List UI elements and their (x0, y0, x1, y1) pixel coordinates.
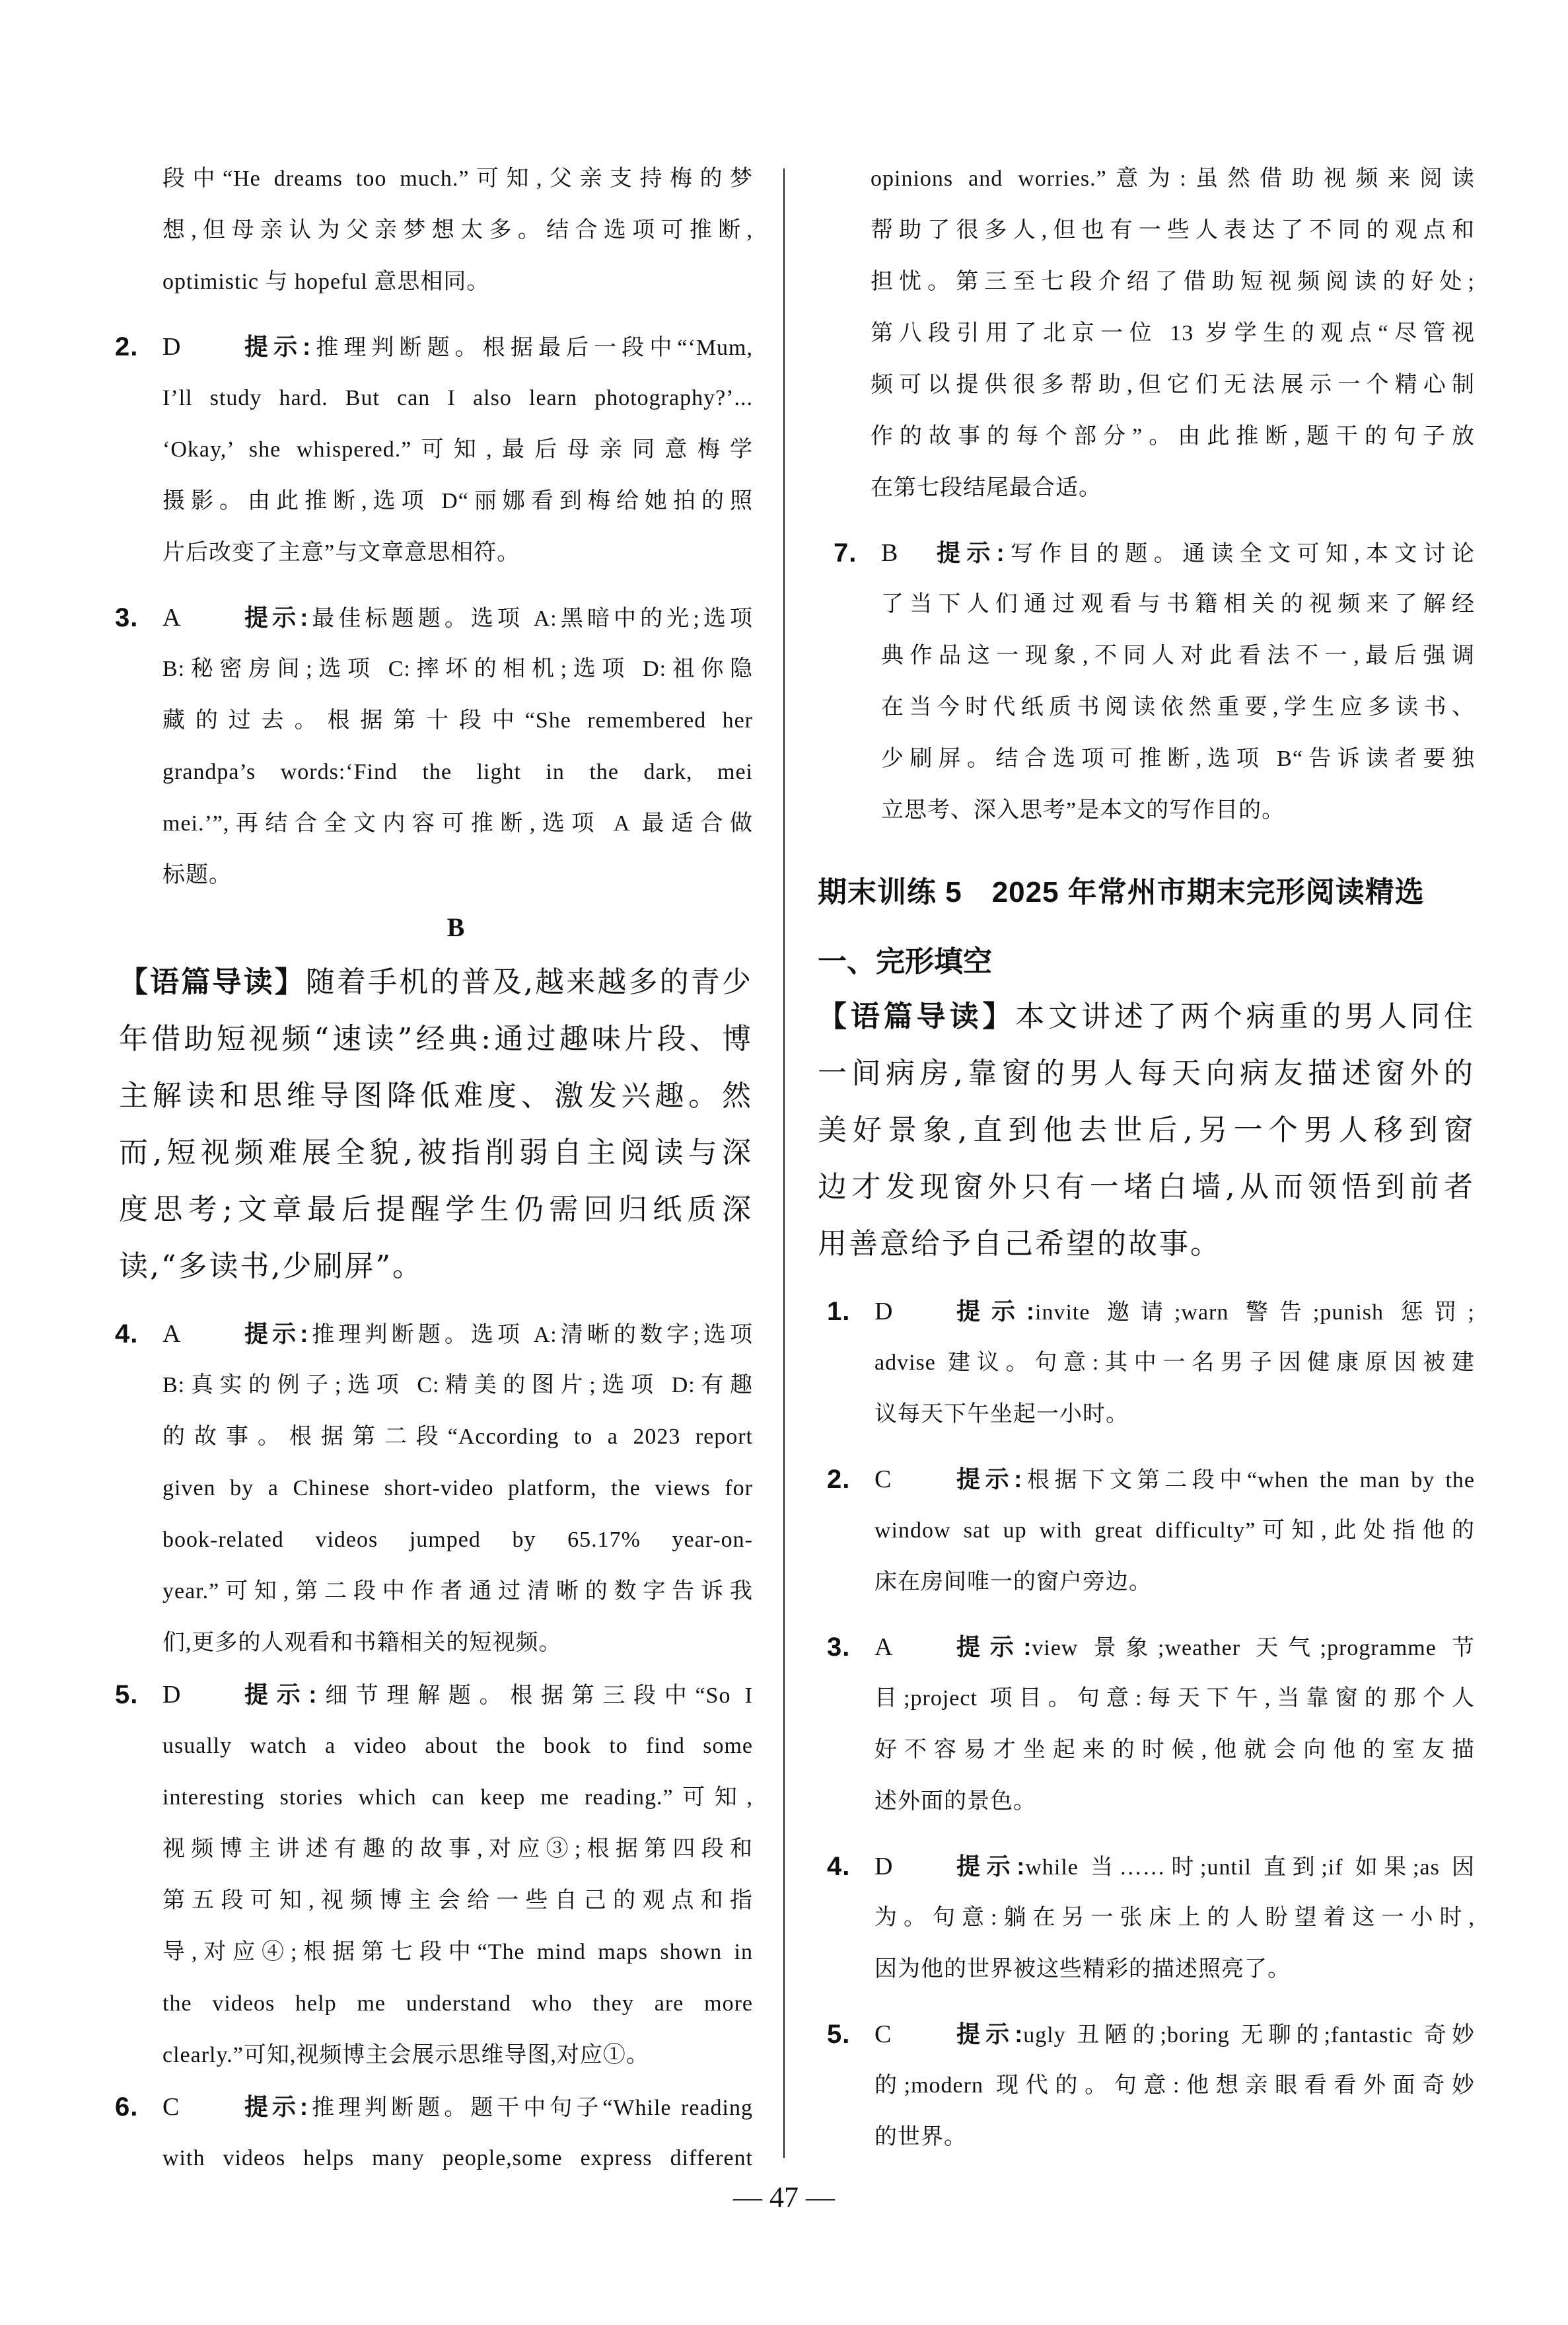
answer-item-head: 2. C 提示:根据下文第二段中“when the man by the (831, 1454, 1475, 1505)
text-line: B:秘密房间;选项 C:摔坏的相机;选项 D:祖你隐 (162, 644, 753, 695)
subsection-heading: 一、完形填空 (818, 936, 1475, 988)
guide-text: 随着手机的普及,越来越多的青少 (306, 965, 753, 999)
chapter-title: 期末训练 5 2025 年常州市期末完形阅读精选 (818, 863, 1475, 922)
answer-letter: C (162, 2081, 180, 2133)
text-line: optimistic 与 hopeful 意思相同。 (162, 256, 753, 308)
answer-item-2: 2. D 提示:推理判断题。根据最后一段中“‘Mum, I’ll study h… (119, 321, 753, 579)
question-number: 3. (115, 592, 138, 644)
guide-line: 读,“多读书,少刷屏”。 (119, 1238, 753, 1295)
answer-item-6: 6. C 提示:推理判断题。题干中句子“While reading with v… (119, 2081, 753, 2184)
text-line: opinions and worries.”意为:虽然借助视频来阅读 (871, 153, 1475, 205)
text-line: given by a Chinese short-video platform,… (162, 1463, 753, 1514)
text-line: the videos help me understand who they a… (162, 1978, 753, 2030)
text-line: 导,对应④;根据第七段中“The mind maps shown in (162, 1927, 753, 1978)
hint-label: 提示: (244, 604, 308, 631)
answer-item-4: 4. A 提示:推理判断题。选项 A:清晰的数字;选项 B:真实的例子;选项 C… (119, 1308, 753, 1669)
text-line: 立思考、深入思考”是本文的写作目的。 (881, 785, 1475, 836)
text-line: 了当下人们通过观看与书籍相关的视频来了解经 (881, 579, 1475, 630)
guide-label: 【语篇导读】 (818, 1000, 1015, 1033)
answer-item-head: 7. B 提示:写作目的题。通读全文可知,本文讨论 (837, 527, 1475, 579)
passage-guide: 【语篇导读】本文讲述了两个病重的男人同住 一间病房,靠窗的男人每天向病友描述窗外… (818, 988, 1475, 1273)
hint-text: invite 邀请;warn 警告;punish 惩罚; (1035, 1300, 1475, 1325)
text-line: ‘Okay,’ she whispered.”可知,最后母亲同意梅学 (162, 424, 753, 476)
passage-guide-b: 【语篇导读】随着手机的普及,越来越多的青少 年借助短视频“速读”经典:通过趣味片… (119, 954, 753, 1295)
hint-text: 推理判断题。根据最后一段中“‘Mum, (311, 336, 753, 360)
left-column: 段中“He dreams too much.”可知,父亲支持梅的梦 想,但母亲认… (119, 153, 753, 2184)
answer-letter: D (162, 321, 181, 373)
hint-label: 提示: (956, 1633, 1032, 1660)
hint-text: while 当……时;until 直到;if 如果;as 因 (1025, 1855, 1475, 1880)
hint-label: 提示: (244, 2093, 308, 2120)
text-line: 标题。 (162, 850, 753, 901)
text-line: 帮助了很多人,但也有一些人表达了不同的观点和 (871, 205, 1475, 256)
text-line: 作的故事的每个部分”。由此推断,题干的句子放 (871, 411, 1475, 462)
hint-text: ugly 丑陋的;boring 无聊的;fantastic 奇妙 (1023, 2023, 1475, 2048)
text-line: 视频博主讲述有趣的故事,对应③;根据第四段和 (162, 1824, 753, 1875)
text-line: 因为他的世界被这些精彩的描述照亮了。 (874, 1944, 1475, 1995)
hint-label: 提示: (244, 1681, 317, 1708)
cloze-item-1: 1. D 提示:invite 邀请;warn 警告;punish 惩罚; adv… (831, 1286, 1475, 1440)
text-line: B:真实的例子;选项 C:精美的图片;选项 D:有趣 (162, 1360, 753, 1411)
text-line: 议每天下午坐起一小时。 (874, 1389, 1475, 1440)
answer-letter: A (162, 1308, 181, 1360)
answer-letter: C (874, 2009, 892, 2060)
answer-letter: D (162, 1669, 181, 1720)
answer-letter: B (881, 527, 898, 579)
text-line: 段中“He dreams too much.”可知,父亲支持梅的梦 (162, 153, 753, 205)
hint-label: 提示: (956, 1298, 1035, 1325)
guide-line: 用善意给予自己希望的故事。 (818, 1216, 1475, 1273)
question-number: 1. (827, 1286, 850, 1337)
question-number: 6. (115, 2081, 138, 2133)
hint-label: 提示: (956, 1465, 1022, 1493)
hint-text: 细节理解题。根据第三段中“So I (317, 1683, 753, 1708)
text-line: usually watch a video about the book to … (162, 1720, 753, 1772)
text-line: 典作品这一现象,不同人对此看法不一,最后强调 (881, 630, 1475, 682)
answer-letter: D (874, 1286, 893, 1337)
answer-letter: A (874, 1621, 893, 1673)
text-line: 为。句意:躺在另一张床上的人盼望着这一小时, (874, 1892, 1475, 1944)
text-line: 担忧。第三至七段介绍了借助短视频阅读的好处; (871, 256, 1475, 308)
text-line: 摄影。由此推断,选项 D“丽娜看到梅给她拍的照 (162, 476, 753, 527)
right-column: opinions and worries.”意为:虽然借助视频来阅读 帮助了很多… (831, 153, 1475, 2163)
answer-item-head: 4. D 提示:while 当……时;until 直到;if 如果;as 因 (831, 1841, 1475, 1892)
answer-item-head: 5. D 提示:细节理解题。根据第三段中“So I (119, 1669, 753, 1720)
question-number: 5. (115, 1669, 138, 1720)
answer-item-3: 3. A 提示:最佳标题题。选项 A:黑暗中的光;选项 B:秘密房间;选项 C:… (119, 592, 753, 901)
answer-letter: D (874, 1841, 893, 1892)
guide-line: 主解读和思维导图降低难度、激发兴趣。然 (119, 1068, 753, 1125)
answer-item-head: 3. A 提示:最佳标题题。选项 A:黑暗中的光;选项 (119, 592, 753, 644)
guide-text: 本文讲述了两个病重的男人同住 (1015, 1000, 1475, 1033)
text-line: with videos helps many people,some expre… (162, 2133, 753, 2184)
text-line: 的;modern 现代的。句意:他想亲眼看看外面奇妙 (874, 2060, 1475, 2112)
text-line: 们,更多的人观看和书籍相关的短视频。 (162, 1617, 753, 1669)
answer-item-5: 5. D 提示:细节理解题。根据第三段中“So I usually watch … (119, 1669, 753, 2081)
text-line: 目;project 项目。句意:每天下午,当靠窗的那个人 (874, 1673, 1475, 1724)
answer-item-head: 4. A 提示:推理判断题。选项 A:清晰的数字;选项 (119, 1308, 753, 1360)
question-number: 7. (834, 527, 857, 579)
text-line: 频可以提供很多帮助,但它们无法展示一个精心制 (871, 359, 1475, 411)
text-line: 好不容易才坐起来的时候,他就会向他的室友描 (874, 1724, 1475, 1776)
hint-label: 提示: (244, 1320, 308, 1347)
text-line: 述外面的景色。 (874, 1776, 1475, 1827)
text-line: grandpa’s words:‘Find the light in the d… (162, 747, 753, 798)
answer-item-head: 1. D 提示:invite 邀请;warn 警告;punish 惩罚; (831, 1286, 1475, 1337)
text-line: 第五段可知,视频博主会给一些自己的观点和指 (162, 1875, 753, 1927)
text-line: 床在房间唯一的窗户旁边。 (874, 1557, 1475, 1608)
guide-line: 而,短视频难展全貌,被指削弱自主阅读与深 (119, 1125, 753, 1181)
question-number: 4. (115, 1308, 138, 1360)
hint-text: 最佳标题题。选项 A:黑暗中的光;选项 (308, 607, 753, 631)
cloze-item-4: 4. D 提示:while 当……时;until 直到;if 如果;as 因 为… (831, 1841, 1475, 1995)
answer-item-head: 3. A 提示:view 景象;weather 天气;programme 节 (831, 1621, 1475, 1673)
hint-label: 提示: (244, 333, 311, 360)
question-number: 3. (827, 1621, 850, 1673)
text-line: clearly.”可知,视频博主会展示思维导图,对应①。 (162, 2030, 753, 2081)
guide-line: 美好景象,直到他去世后,另一个男人移到窗 (818, 1102, 1475, 1159)
answer-item-head: 5. C 提示:ugly 丑陋的;boring 无聊的;fantastic 奇妙 (831, 2009, 1475, 2060)
guide-line: 一间病房,靠窗的男人每天向病友描述窗外的 (818, 1045, 1475, 1102)
text-line: 少刷屏。结合选项可推断,选项 B“告诉读者要独 (881, 733, 1475, 785)
page-number: — 47 — (0, 2180, 1568, 2214)
hint-label: 提示: (956, 1853, 1025, 1880)
hint-text: 推理判断题。题干中句子“While reading (308, 2096, 753, 2120)
text-line: 藏的过去。根据第十段中“She remembered her (162, 695, 753, 747)
guide-label: 【语篇导读】 (119, 966, 306, 998)
text-line: 在当今时代纸质书阅读依然重要,学生应多读书、 (881, 682, 1475, 733)
cloze-item-2: 2. C 提示:根据下文第二段中“when the man by the win… (831, 1454, 1475, 1608)
text-line: 在第七段结尾最合适。 (871, 462, 1475, 514)
text-line: advise 建议。句意:其中一名男子因健康原因被建 (874, 1337, 1475, 1389)
text-line: year.”可知,第二段中作者通过清晰的数字告诉我 (162, 1566, 753, 1617)
text-line: interesting stories which can keep me re… (162, 1772, 753, 1824)
guide-line: 边才发现窗外只有一堵白墙,从而领悟到前者 (818, 1159, 1475, 1216)
question-number: 5. (827, 2009, 850, 2060)
text-line: 的世界。 (874, 2112, 1475, 2163)
hint-label: 提示: (937, 539, 1005, 566)
answer-item-head: 2. D 提示:推理判断题。根据最后一段中“‘Mum, (119, 321, 753, 373)
question-number: 4. (827, 1841, 850, 1892)
text-line: 想,但母亲认为父亲梦想太多。结合选项可推断, (162, 205, 753, 256)
text-line: 的故事。根据第二段“According to a 2023 report (162, 1411, 753, 1463)
text-line: 片后改变了主意”与文章意思相符。 (162, 527, 753, 579)
continued-paragraph: opinions and worries.”意为:虽然借助视频来阅读 帮助了很多… (831, 153, 1475, 514)
hint-text: 写作目的题。通读全文可知,本文讨论 (1005, 542, 1475, 566)
answer-item-head: 6. C 提示:推理判断题。题干中句子“While reading (119, 2081, 753, 2133)
text-line: book-related videos jumped by 65.17% yea… (162, 1514, 753, 1566)
text-line: window sat up with great difficulty”可知,此… (874, 1505, 1475, 1557)
answer-letter: C (874, 1454, 892, 1505)
hint-text: 推理判断题。选项 A:清晰的数字;选项 (308, 1323, 753, 1347)
hint-label: 提示: (956, 2020, 1023, 2048)
column-divider (783, 168, 785, 2158)
cloze-item-5: 5. C 提示:ugly 丑陋的;boring 无聊的;fantastic 奇妙… (831, 2009, 1475, 2163)
answer-letter: A (162, 592, 181, 644)
text-line: 第八段引用了北京一位 13 岁学生的观点“尽管视 (871, 308, 1475, 359)
section-heading-b: B (119, 901, 753, 954)
answer-item-7: 7. B 提示:写作目的题。通读全文可知,本文讨论 了当下人们通过观看与书籍相关… (831, 527, 1475, 836)
guide-line: 度思考;文章最后提醒学生仍需回归纸质深 (119, 1181, 753, 1238)
text-line: I’ll study hard. But can I also learn ph… (162, 373, 753, 424)
guide-line: 年借助短视频“速读”经典:通过趣味片段、博 (119, 1011, 753, 1068)
hint-text: 根据下文第二段中“when the man by the (1022, 1468, 1475, 1493)
hint-text: view 景象;weather 天气;programme 节 (1032, 1636, 1475, 1660)
text-line: mei.’”,再结合全文内容可推断,选项 A 最适合做 (162, 798, 753, 850)
continued-paragraph: 段中“He dreams too much.”可知,父亲支持梅的梦 想,但母亲认… (119, 153, 753, 308)
cloze-item-3: 3. A 提示:view 景象;weather 天气;programme 节 目… (831, 1621, 1475, 1827)
question-number: 2. (115, 321, 138, 373)
question-number: 2. (827, 1454, 850, 1505)
